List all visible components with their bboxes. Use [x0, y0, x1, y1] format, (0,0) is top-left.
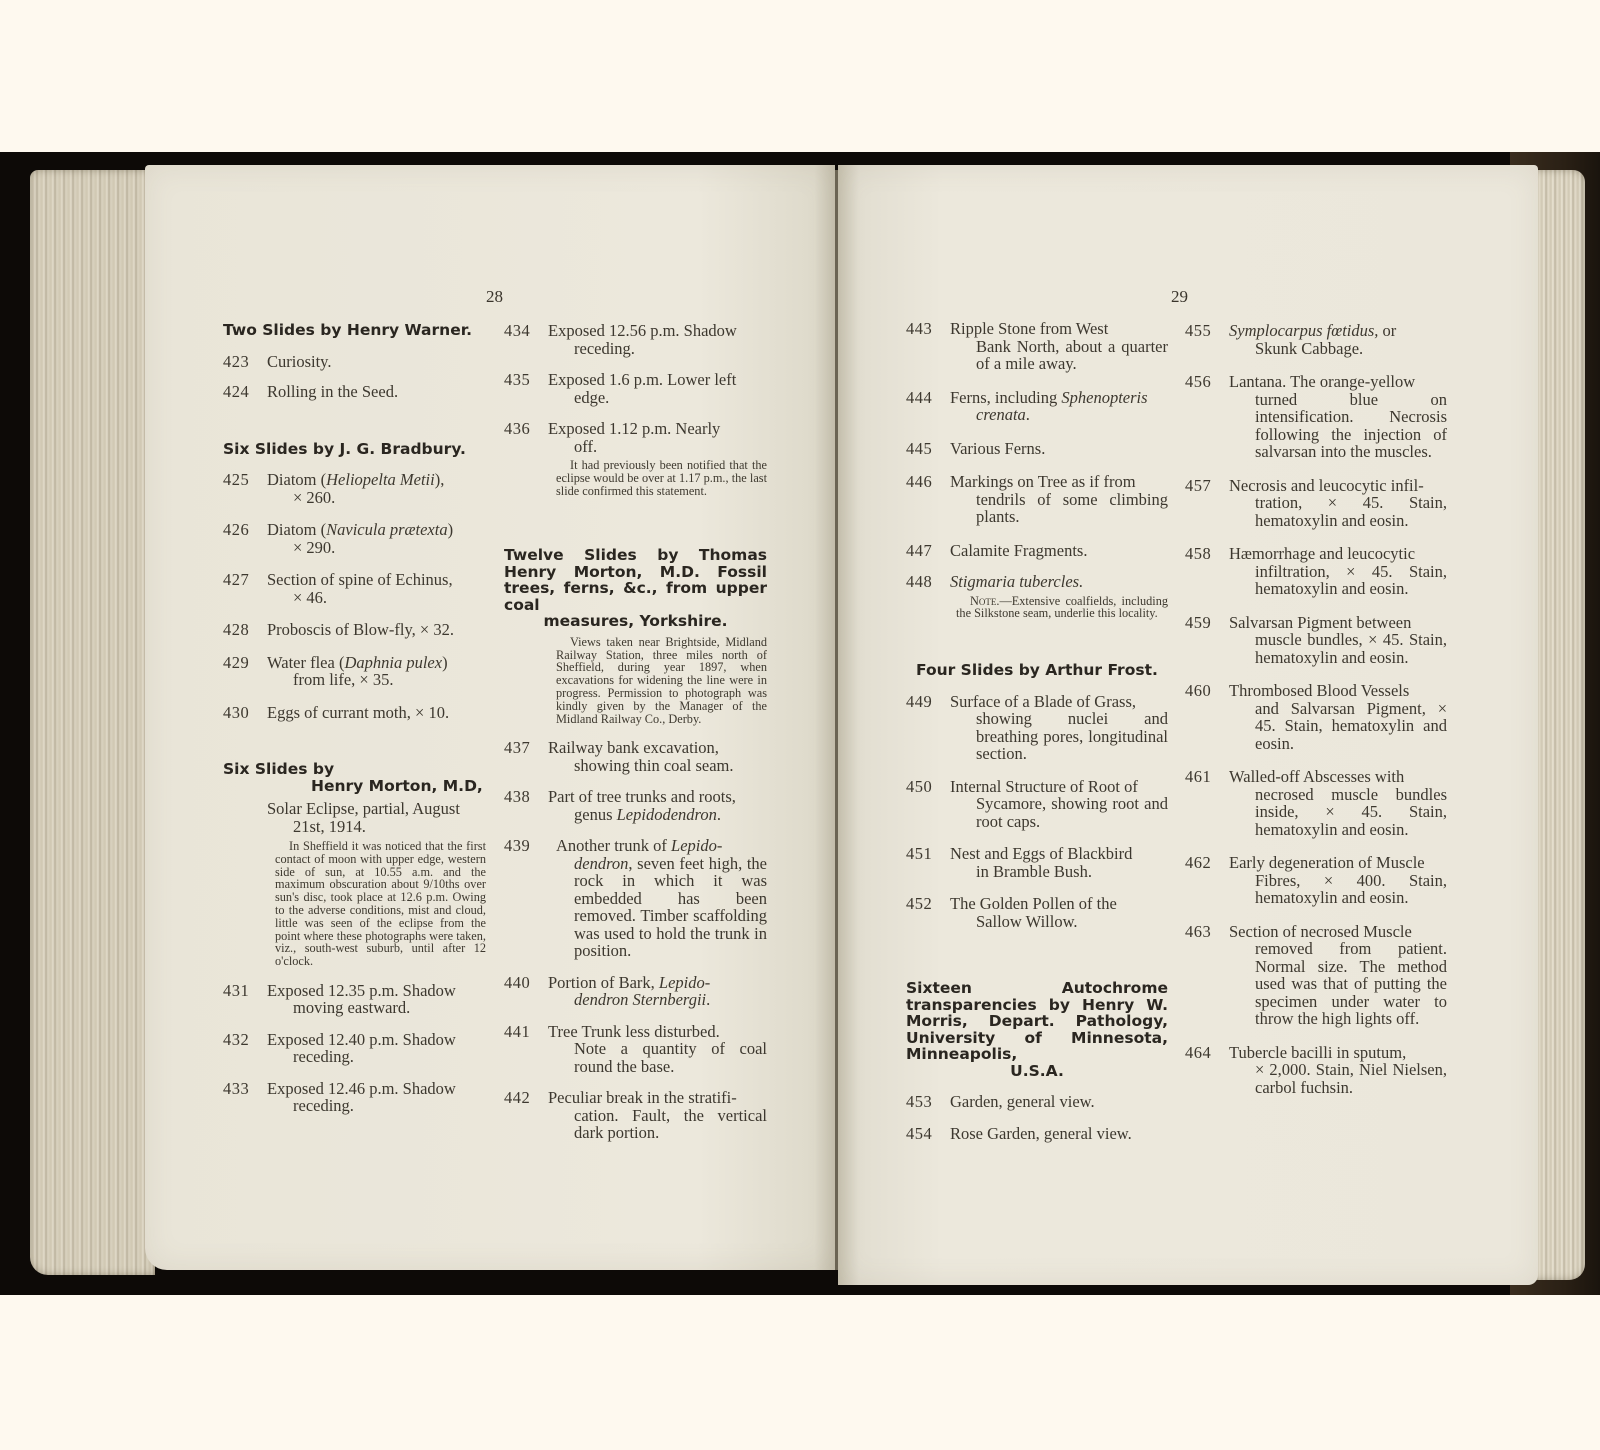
right-page-stack [1530, 170, 1585, 1280]
slide-number: 433 [223, 1080, 267, 1115]
slide-number: 442 [504, 1089, 548, 1142]
slide-number: 429 [223, 654, 267, 689]
slide-number: 423 [223, 353, 267, 371]
list-item: 457 Necrosis and leucocytic infil-tratio… [1185, 477, 1447, 530]
slide-note: Note.—Extensive coalfields, including th… [956, 595, 1168, 621]
list-item: 427 Section of spine of Echinus,× 46. [223, 571, 486, 606]
slide-title: Curiosity. [267, 353, 486, 371]
section-heading: Sixteen Autochrome transparencies by Hen… [906, 980, 1168, 1079]
list-item: 449 Surface of a Blade of Grass,showing … [906, 693, 1168, 763]
slide-title: Portion of Bark, Lepido-dendron Sternber… [548, 974, 767, 1009]
list-item: 463 Section of necrosed Muscleremoved fr… [1185, 923, 1447, 1028]
slide-title: Railway bank excavation,showing thin coa… [548, 739, 767, 774]
slide-number: 459 [1185, 614, 1229, 667]
page-number-left: 28 [486, 287, 503, 307]
slide-number: 425 [223, 471, 267, 506]
slide-title: Hæmorrhage and leucocyticinfiltration, ×… [1229, 545, 1447, 598]
section-heading: Six Slides by Henry Morton, M.D, [223, 761, 486, 794]
slide-title: Salvarsan Pigment betweenmuscle bundles,… [1229, 614, 1447, 667]
slide-title: Garden, general view. [950, 1093, 1168, 1111]
list-item: 455 Symplocarpus fœtidus, orSkunk Cabbag… [1185, 322, 1447, 357]
slide-title: Exposed 12.56 p.m. Shadowreceding. [548, 322, 767, 357]
slide-title: Peculiar break in the stratifi-cation. F… [548, 1089, 767, 1142]
slide-title: Tubercle bacilli in sputum,× 2,000. Stai… [1229, 1044, 1447, 1097]
slide-number: 426 [223, 521, 267, 556]
list-item: 433 Exposed 12.46 p.m. Shadowreceding. [223, 1080, 486, 1115]
right-page-column-1: 443 Ripple Stone from WestBank North, ab… [906, 320, 1168, 1155]
slide-number: 451 [906, 845, 950, 880]
list-item: 435 Exposed 1.6 p.m. Lower leftedge. [504, 371, 767, 406]
list-item: 450 Internal Structure of Root ofSycamor… [906, 778, 1168, 831]
slide-number: 463 [1185, 923, 1229, 1028]
list-item: 424 Rolling in the Seed. [223, 383, 486, 401]
slide-title: Diatom (Heliopelta Metii),× 260. [267, 471, 486, 506]
slide-title: The Golden Pollen of theSallow Willow. [950, 895, 1168, 930]
slide-title: Internal Structure of Root ofSycamore, s… [950, 778, 1168, 831]
slide-title: Thrombosed Blood Vesselsand Salvarsan Pi… [1229, 682, 1447, 752]
right-page-column-2: 455 Symplocarpus fœtidus, orSkunk Cabbag… [1185, 322, 1447, 1109]
slide-number: 464 [1185, 1044, 1229, 1097]
slide-title: Markings on Tree as if fromtendrils of s… [950, 473, 1168, 526]
list-item: 432 Exposed 12.40 p.m. Shadowreceding. [223, 1031, 486, 1066]
list-item: 459 Salvarsan Pigment betweenmuscle bund… [1185, 614, 1447, 667]
slide-number: 444 [906, 389, 950, 424]
list-item: 454 Rose Garden, general view. [906, 1125, 1168, 1143]
slide-title: Section of spine of Echinus,× 46. [267, 571, 486, 606]
list-item: 458 Hæmorrhage and leucocyticinfiltratio… [1185, 545, 1447, 598]
section-heading: Two Slides by Henry Warner. [223, 322, 486, 339]
slide-title: Symplocarpus fœtidus, orSkunk Cabbage. [1229, 322, 1447, 357]
section-heading: Four Slides by Arthur Frost. [906, 662, 1168, 679]
slide-number: 431 [223, 982, 267, 1017]
slide-number: 462 [1185, 854, 1229, 907]
slide-number: 460 [1185, 682, 1229, 752]
list-item: 464 Tubercle bacilli in sputum,× 2,000. … [1185, 1044, 1447, 1097]
list-item: 440 Portion of Bark, Lepido-dendron Ster… [504, 974, 767, 1009]
list-item: 436 Exposed 1.12 p.m. Nearlyoff. [504, 420, 767, 455]
left-page-column-1: Two Slides by Henry Warner. 423 Curiosit… [223, 322, 486, 1128]
slide-number: 454 [906, 1125, 950, 1143]
slide-number: 445 [906, 440, 950, 458]
slide-title: Exposed 1.12 p.m. Nearlyoff. [548, 420, 767, 455]
list-item: 425 Diatom (Heliopelta Metii),× 260. [223, 471, 486, 506]
slide-number: 424 [223, 383, 267, 401]
list-item: 446 Markings on Tree as if fromtendrils … [906, 473, 1168, 526]
section-note: Views taken near Brightside, Midland Rai… [556, 636, 767, 726]
slide-number: 436 [504, 420, 548, 455]
slide-number: 441 [504, 1023, 548, 1076]
list-item: 428 Proboscis of Blow-fly, × 32. [223, 621, 486, 639]
slide-title: Exposed 12.46 p.m. Shadowreceding. [267, 1080, 486, 1115]
list-item: 431 Exposed 12.35 p.m. Shadowmoving east… [223, 982, 486, 1017]
slide-title: Section of necrosed Muscleremoved from p… [1229, 923, 1447, 1028]
slide-number: 440 [504, 974, 548, 1009]
list-item: 445 Various Ferns. [906, 440, 1168, 458]
slide-title: Water flea (Daphnia pulex)from life, × 3… [267, 654, 486, 689]
list-item: 426 Diatom (Navicula prætexta)× 290. [223, 521, 486, 556]
slide-title: Rolling in the Seed. [267, 383, 486, 401]
slide-note: It had previously been notified that the… [556, 459, 767, 497]
list-item: 447 Calamite Fragments. [906, 542, 1168, 560]
list-item: 429 Water flea (Daphnia pulex)from life,… [223, 654, 486, 689]
section-intro: Solar Eclipse, partial, August 21st, 191… [223, 800, 486, 835]
slide-title: Early degeneration of MuscleFibres, × 40… [1229, 854, 1447, 907]
list-item: 456 Lantana. The orange-yellowturned blu… [1185, 373, 1447, 461]
slide-title: Stigmaria tubercles. [950, 573, 1168, 591]
slide-title: Ripple Stone from WestBank North, about … [950, 320, 1168, 373]
list-item: 434 Exposed 12.56 p.m. Shadowreceding. [504, 322, 767, 357]
list-item: 443 Ripple Stone from WestBank North, ab… [906, 320, 1168, 373]
list-item: 423 Curiosity. [223, 353, 486, 371]
slide-number: 453 [906, 1093, 950, 1111]
slide-title: Ferns, including Sphenopteriscrenata. [950, 389, 1168, 424]
list-item: 461 Walled-off Abscesses withnecrosed mu… [1185, 768, 1447, 838]
page-number-right: 29 [1171, 287, 1188, 307]
slide-title: Walled-off Abscesses withnecrosed muscle… [1229, 768, 1447, 838]
slide-number: 448 [906, 573, 950, 591]
slide-number: 432 [223, 1031, 267, 1066]
slide-number: 439 [504, 837, 548, 960]
slide-number: 458 [1185, 545, 1229, 598]
slide-title: Part of tree trunks and roots,genus Lepi… [548, 788, 767, 823]
list-item: 441 Tree Trunk less disturbed.Note a qua… [504, 1023, 767, 1076]
slide-number: 446 [906, 473, 950, 526]
slide-number: 456 [1185, 373, 1229, 461]
list-item: 438 Part of tree trunks and roots,genus … [504, 788, 767, 823]
slide-number: 434 [504, 322, 548, 357]
slide-number: 435 [504, 371, 548, 406]
list-item: 442 Peculiar break in the stratifi-catio… [504, 1089, 767, 1142]
list-item: 451 Nest and Eggs of Blackbirdin Bramble… [906, 845, 1168, 880]
list-item: 437 Railway bank excavation,showing thin… [504, 739, 767, 774]
slide-number: 427 [223, 571, 267, 606]
slide-number: 457 [1185, 477, 1229, 530]
slide-number: 450 [906, 778, 950, 831]
slide-title: Nest and Eggs of Blackbirdin Bramble Bus… [950, 845, 1168, 880]
slide-number: 430 [223, 704, 267, 722]
list-item: 460 Thrombosed Blood Vesselsand Salvarsa… [1185, 682, 1447, 752]
section-heading: Six Slides by J. G. Bradbury. [223, 441, 486, 458]
slide-title: Eggs of currant moth, × 10. [267, 704, 486, 722]
left-page-stack [30, 170, 155, 1275]
list-item: 448 Stigmaria tubercles. [906, 573, 1168, 591]
list-item: 430 Eggs of currant moth, × 10. [223, 704, 486, 722]
list-item: 462 Early degeneration of MuscleFibres, … [1185, 854, 1447, 907]
slide-number: 438 [504, 788, 548, 823]
slide-number: 449 [906, 693, 950, 763]
slide-title: Exposed 12.40 p.m. Shadowreceding. [267, 1031, 486, 1066]
slide-title: Another trunk of Lepido-dendron, seven f… [548, 837, 767, 960]
list-item: 439 Another trunk of Lepido-dendron, sev… [504, 837, 767, 960]
list-item: 453 Garden, general view. [906, 1093, 1168, 1111]
slide-title: Tree Trunk less disturbed.Note a quantit… [548, 1023, 767, 1076]
slide-number: 452 [906, 895, 950, 930]
slide-title: Various Ferns. [950, 440, 1168, 458]
slide-title: Rose Garden, general view. [950, 1125, 1168, 1143]
left-page-column-2: 434 Exposed 12.56 p.m. Shadowreceding. 4… [504, 322, 767, 1155]
slide-number: 428 [223, 621, 267, 639]
slide-number: 437 [504, 739, 548, 774]
list-item: 452 The Golden Pollen of theSallow Willo… [906, 895, 1168, 930]
list-item: 444 Ferns, including Sphenopteriscrenata… [906, 389, 1168, 424]
section-heading: Twelve Slides by Thomas Henry Morton, M.… [504, 547, 767, 630]
slide-number: 455 [1185, 322, 1229, 357]
slide-title: Exposed 1.6 p.m. Lower leftedge. [548, 371, 767, 406]
slide-title: Exposed 12.35 p.m. Shadowmoving eastward… [267, 982, 486, 1017]
slide-title: Surface of a Blade of Grass,showing nucl… [950, 693, 1168, 763]
slide-title: Lantana. The orange-yellowturned blue on… [1229, 373, 1447, 461]
section-note: In Sheffield it was noticed that the fir… [275, 840, 486, 968]
slide-title: Diatom (Navicula prætexta)× 290. [267, 521, 486, 556]
slide-number: 461 [1185, 768, 1229, 838]
slide-number: 443 [906, 320, 950, 373]
slide-title: Calamite Fragments. [950, 542, 1168, 560]
slide-number: 447 [906, 542, 950, 560]
slide-title: Proboscis of Blow-fly, × 32. [267, 621, 486, 639]
slide-title: Necrosis and leucocytic infil-tration, ×… [1229, 477, 1447, 530]
